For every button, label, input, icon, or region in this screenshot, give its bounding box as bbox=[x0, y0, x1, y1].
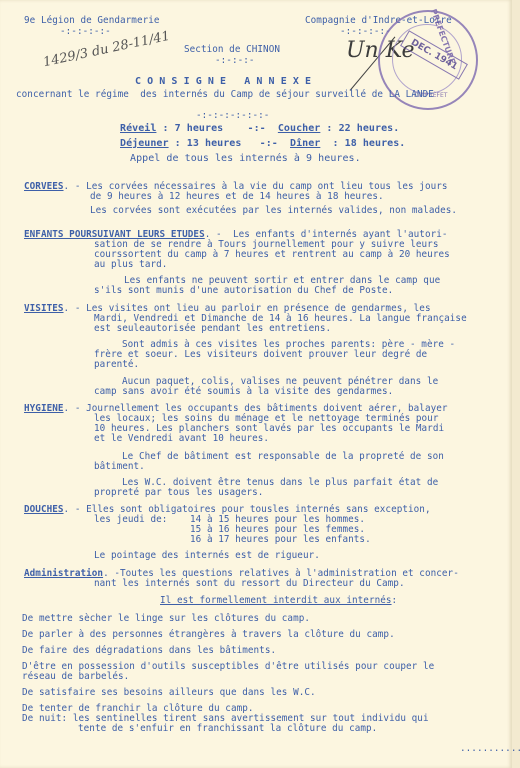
interdiction-item: De satisfaire ses besoins ailleurs que d… bbox=[22, 688, 316, 698]
interdiction-item: De faire des dégradations dans les bâtim… bbox=[22, 646, 276, 656]
reveil-value: : 7 heures -:- bbox=[156, 123, 277, 134]
dejeuner-label: Déjeuner bbox=[120, 138, 169, 149]
enfants-line-4: au plus tard. bbox=[94, 260, 167, 270]
interdiction-item: De mettre sècher le linge sur les clôtur… bbox=[22, 614, 310, 624]
document-title: C O N S I G N E A N N E X E bbox=[135, 77, 311, 87]
coucher-label: Coucher bbox=[278, 123, 321, 134]
page-edge bbox=[512, 0, 520, 768]
interdiction-item: tente de s'enfuir en franchissant la clô… bbox=[78, 724, 377, 734]
corvees-line-2: de 9 heures à 12 heures et de 14 heures … bbox=[90, 192, 384, 202]
corvees-heading: CORVEES bbox=[24, 181, 64, 192]
hygiene-line-5: Le Chef de bâtiment est responsable de l… bbox=[122, 452, 444, 462]
dejeuner-value: : 13 heures -:- bbox=[169, 138, 290, 149]
interdictions-heading: Il est formellement interdit aux interné… bbox=[160, 595, 392, 606]
left-organization: 9e Légion de Gendarmerie bbox=[24, 16, 160, 26]
douches-line-4: 16 à 17 heures pour les enfants. bbox=[190, 535, 371, 545]
hygiene-line-4: et le Vendredi avant 10 heures. bbox=[94, 434, 269, 444]
section-name: Section de CHINON bbox=[184, 45, 280, 55]
appel-line: Appel de tous les internés à 9 heures. bbox=[130, 154, 361, 164]
end-mark: ............ bbox=[460, 744, 520, 754]
document-subtitle: concernant le régime des internés du Cam… bbox=[16, 90, 434, 100]
schedule-row-2: Déjeuner : 13 heures -:- Dîner : 18 heur… bbox=[120, 139, 405, 149]
diner-label: Dîner bbox=[290, 138, 320, 149]
douches-heading: DOUCHES bbox=[24, 504, 64, 515]
corvees-line-3: Les corvées sont exécutées par les inter… bbox=[90, 206, 457, 216]
visites-line-3: est seuleautorisée pendant les entretien… bbox=[94, 324, 331, 334]
hygiene-line-6: bâtiment. bbox=[94, 462, 145, 472]
hygiene-heading: HYGIENE bbox=[24, 403, 64, 414]
visites-heading: VISITES bbox=[24, 303, 64, 314]
visites-line-5: frère et soeur. Les visiteurs doivent pr… bbox=[94, 350, 427, 360]
left-separator: -:-:-:-:- bbox=[60, 27, 111, 37]
reveil-label: Réveil bbox=[120, 123, 156, 134]
administration-heading: Administration bbox=[24, 568, 103, 579]
enfants-line-6: s'ils sont munis d'une autorisation du C… bbox=[94, 286, 393, 296]
diner-value: : 18 heures. bbox=[320, 138, 405, 149]
hygiene-line-8: propreté par tous les usagers. bbox=[94, 488, 263, 498]
title-separator: -:-:-:-:-:-:- bbox=[196, 111, 269, 121]
interdiction-item: réseau de barbelés. bbox=[22, 672, 129, 682]
interdiction-item: De parler à des personnes étrangères à t… bbox=[22, 630, 395, 640]
schedule-row-1: Réveil : 7 heures -:- Coucher : 22 heure… bbox=[120, 124, 399, 134]
interdictions-heading-line: Il est formellement interdit aux interné… bbox=[160, 596, 397, 606]
section-separator: -:-:-:- bbox=[215, 56, 255, 66]
douches-line-5: Le pointage des internés est de rigueur. bbox=[94, 551, 320, 561]
coucher-value: : 22 heures. bbox=[320, 123, 399, 134]
visites-line-6: parenté. bbox=[94, 360, 139, 370]
administration-line-2: nant les internés sont du ressort du Dir… bbox=[94, 579, 405, 589]
visites-line-8: camp sans avoir été soumis à la visite d… bbox=[94, 387, 393, 397]
